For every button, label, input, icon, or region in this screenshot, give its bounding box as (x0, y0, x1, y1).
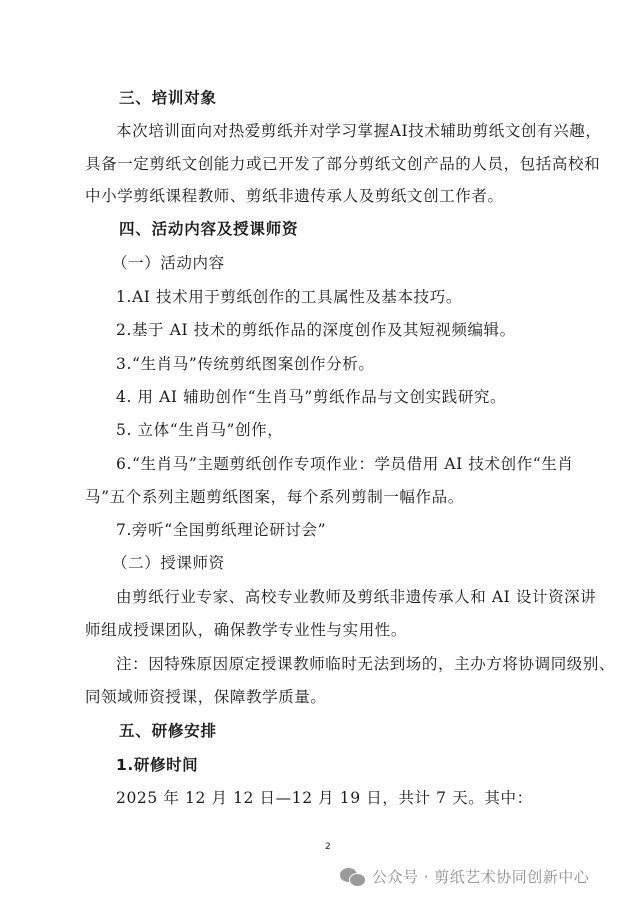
paragraph-line: 师组成授课团队，确保教学专业性与实用性。 (85, 620, 407, 640)
training-time-line: 2025 年 12 月 12 日—12 月 19 日，共计 7 天。其中： (116, 788, 533, 808)
section-heading-activities: 四、活动内容及授课师资 (119, 219, 298, 239)
paragraph-line: 中小学剪纸课程教师、剪纸非遗传承人及剪纸文创工作者。 (85, 186, 504, 206)
watermark-text: 公众号 · 剪纸艺术协同创新中心 (372, 866, 589, 887)
document-page: 三、培训对象 本次培训面向对热爱剪纸并对学习掌握AI技术辅助剪纸文创有兴趣， 具… (0, 0, 640, 906)
list-item-continuation: 马”五个系列主题剪纸图案，每个系列剪制一幅作品。 (85, 487, 464, 507)
wechat-icon (340, 867, 366, 887)
subheading-faculty: （二）授课师资 (112, 553, 225, 573)
section-heading-schedule: 五、研修安排 (119, 721, 217, 741)
watermark: 公众号 · 剪纸艺术协同创新中心 (340, 866, 589, 887)
note-line: 注：因特殊原因原定授课教师临时无法到场的，主办方将协调同级别、 (116, 654, 615, 674)
list-item: 5. 立体“生肖马”创作， (116, 420, 283, 440)
page-number: 2 (325, 842, 331, 852)
paragraph-line: 具备一定剪纸文创能力或已开发了部分剪纸文创产品的人员，包括高校和 (85, 154, 600, 174)
paragraph-line: 本次培训面向对热爱剪纸并对学习掌握AI技术辅助剪纸文创有兴趣， (116, 121, 601, 141)
note-line: 同领域师资授课，保障教学质量。 (85, 687, 327, 707)
list-item: 3.“生肖马”传统剪纸图案创作分析。 (116, 354, 374, 374)
list-item: 7.旁听“全国剪纸理论研讨会” (116, 520, 326, 540)
list-item: 1.AI 技术用于剪纸创作的工具属性及基本技巧。 (116, 287, 462, 307)
paragraph-line: 由剪纸行业专家、高校专业教师及剪纸非遗传承人和 AI 设计资深讲 (116, 587, 596, 607)
list-item: 4. 用 AI 辅助创作“生肖马”剪纸作品与文创实践研究。 (116, 387, 506, 407)
list-item: 2.基于 AI 技术的剪纸作品的深度创作及其短视频编辑。 (116, 320, 516, 340)
subheading-training-time: 1.研修时间 (116, 755, 198, 775)
subheading-activity-content: （一）活动内容 (112, 253, 225, 273)
list-item: 6.“生肖马”主题剪纸创作专项作业：学员借用 AI 技术创作“生肖 (116, 454, 574, 474)
section-heading-target-audience: 三、培训对象 (119, 88, 217, 108)
